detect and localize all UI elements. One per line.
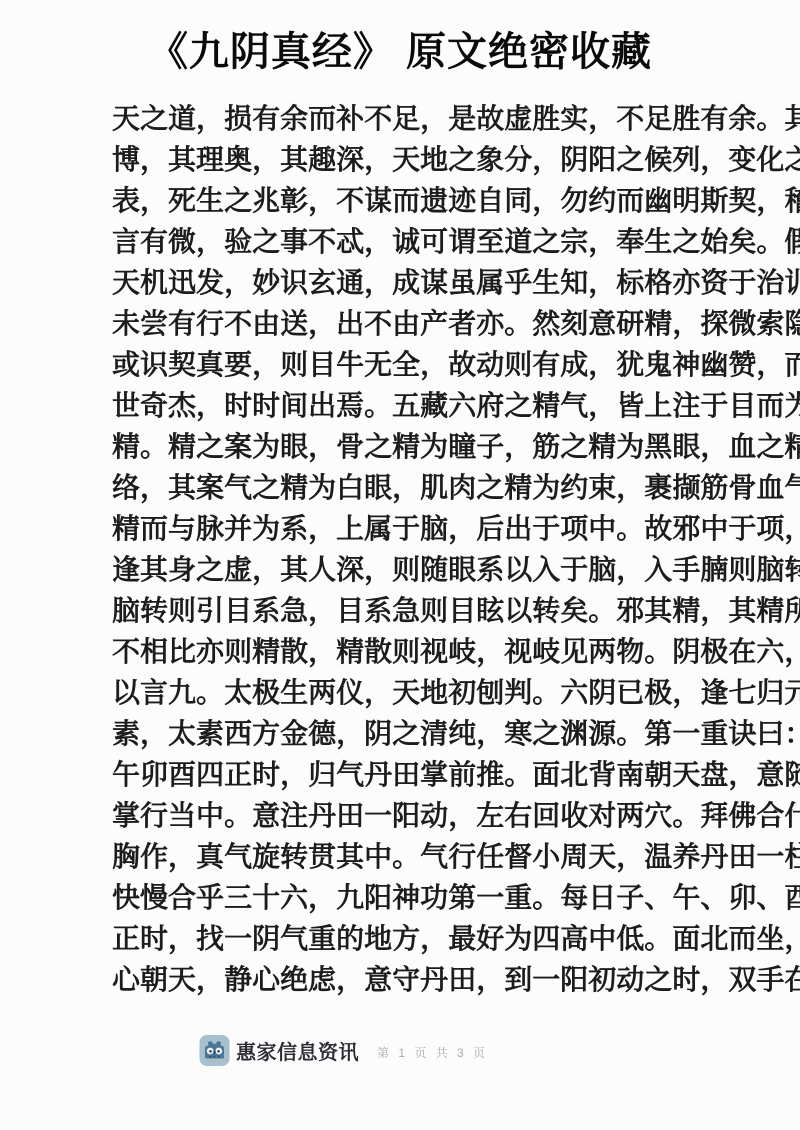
- body-line: 快慢合乎三十六，九阳神功第一重。每日子、午、卯、酉四: [112, 877, 690, 918]
- body-line: 络，其案气之精为白眼，肌肉之精为约束，裹撷筋骨血气之: [112, 467, 690, 508]
- body-line: 未尝有行不由送，出不由产者亦。然刻意研精，探微索隐，: [112, 303, 690, 344]
- body-line: 胸作，真气旋转贯其中。气行任督小周天，温养丹田一柱香。: [112, 836, 690, 877]
- body-line: 博，其理奥，其趣深，天地之象分，阴阳之候列，变化之由: [112, 139, 690, 180]
- robot-logo-icon: [199, 1034, 230, 1067]
- body-line: 精而与脉并为系，上属于脑，后出于项中。故邪中于项，因: [112, 508, 690, 549]
- document-page: 《九阴真经》 原文绝密收藏 天之道，损有余而补不足，是故虚胜实，不足胜有余。其意…: [0, 0, 800, 1130]
- body-line: 脑转则引目系急，目系急则目眩以转矣。邪其精，其精所中: [112, 590, 690, 631]
- body-line: 天之道，损有余而补不足，是故虚胜实，不足胜有余。其意: [112, 98, 690, 139]
- body-line: 掌行当中。意注丹田一阳动，左右回收对两穴。拜佛合什当: [112, 795, 690, 836]
- body-line: 天机迅发，妙识玄通，成谋虽属乎生知，标格亦资于治训，: [112, 262, 690, 303]
- body-line: 言有微，验之事不忒，诚可谓至道之宗，奉生之始矣。假若: [112, 221, 690, 262]
- body-line: 不相比亦则精散，精散则视岐，视岐见两物。阴极在六，何: [112, 631, 690, 672]
- body-line: 正时，找一阴气重的地方，最好为四高中低。面北而坐，五: [112, 918, 690, 959]
- body-line: 精。精之案为眼，骨之精为瞳子，筋之精为黑眼，血之精力: [112, 426, 690, 467]
- body-line: 以言九。太极生两仪，天地初刨判。六阴已极，逢七归元太: [112, 672, 690, 713]
- body-line: 或识契真要，则目牛无全，故动则有成，犹鬼神幽赞，而命: [112, 344, 690, 385]
- page-title: 《九阴真经》 原文绝密收藏: [0, 0, 800, 78]
- body-line: 表，死生之兆彰，不谋而遗迹自同，勿约而幽明斯契，稽其: [112, 180, 690, 221]
- body-line: 世奇杰，时时间出焉。五藏六府之精气，皆上注于目而为之: [112, 385, 690, 426]
- body-text: 天之道，损有余而补不足，是故虚胜实，不足胜有余。其意博，其理奥，其趣深，天地之象…: [112, 98, 690, 1000]
- footer: 惠家信息资讯 第 1 页 共 3 页: [199, 1034, 488, 1067]
- body-line: 逢其身之虚，其人深，则随眼系以入于脑，入手腩则脑转，: [112, 549, 690, 590]
- page-number-indicator: 第 1 页 共 3 页: [377, 1040, 488, 1061]
- body-line: 心朝天，静心绝虑，意守丹田，到一阳初动之时，双手在胸: [112, 959, 690, 1000]
- body-line: 素，太素西方金德，阴之清纯，寒之渊源。第一重诀曰：子: [112, 713, 690, 754]
- footer-brand-name: 惠家信息资讯: [236, 1036, 359, 1065]
- body-line: 午卯酉四正时，归气丹田掌前推。面北背南朝天盘，意随两: [112, 754, 690, 795]
